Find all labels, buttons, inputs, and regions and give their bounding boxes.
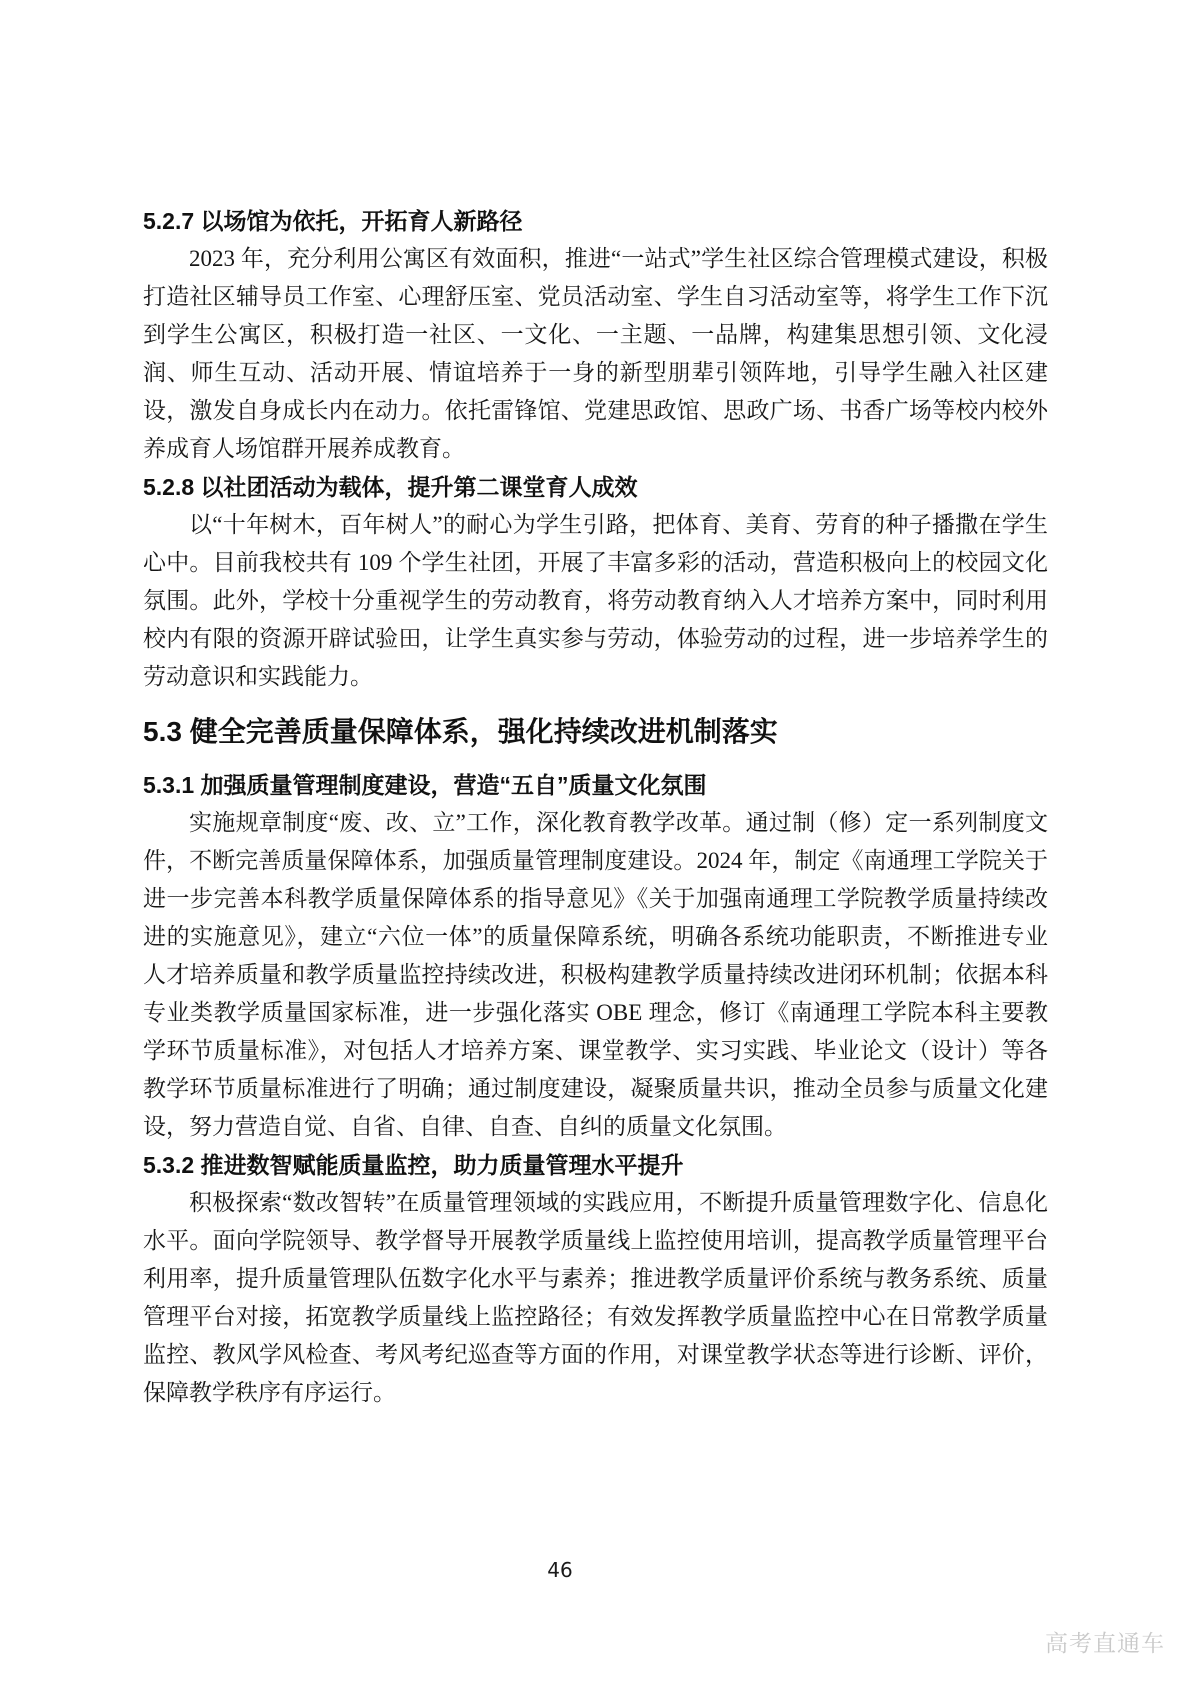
document-page: 5.2.7 以场馆为依托，开拓育人新路径 2023 年，充分利用公寓区有效面积，…	[0, 0, 1191, 1684]
heading-5-2-7: 5.2.7 以场馆为依托，开拓育人新路径	[143, 202, 1048, 240]
heading-5-3-1: 5.3.1 加强质量管理制度建设，营造“五自”质量文化氛围	[143, 766, 1048, 804]
heading-5-2-8: 5.2.8 以社团活动为载体，提升第二课堂育人成效	[143, 468, 1048, 506]
paragraph-5-3-2: 积极探索“数改智转”在质量管理领域的实践应用，不断提升质量管理数字化、信息化水平…	[143, 1184, 1048, 1412]
paragraph-5-2-8: 以“十年树木，百年树人”的耐心为学生引路，把体育、美育、劳育的种子播撒在学生心中…	[143, 506, 1048, 696]
document-body: 5.2.7 以场馆为依托，开拓育人新路径 2023 年，充分利用公寓区有效面积，…	[143, 202, 1048, 1412]
paragraph-5-2-7: 2023 年，充分利用公寓区有效面积，推进“一站式”学生社区综合管理模式建设，积…	[143, 240, 1048, 468]
heading-5-3: 5.3 健全完善质量保障体系，强化持续改进机制落实	[143, 710, 1048, 754]
watermark-text: 高考直通车	[1045, 1630, 1165, 1658]
paragraph-5-3-1: 实施规章制度“废、改、立”工作，深化教育教学改革。通过制（修）定一系列制度文件，…	[143, 804, 1048, 1146]
heading-5-3-2: 5.3.2 推进数智赋能质量监控，助力质量管理水平提升	[143, 1146, 1048, 1184]
page-number: 46	[0, 1556, 1120, 1584]
